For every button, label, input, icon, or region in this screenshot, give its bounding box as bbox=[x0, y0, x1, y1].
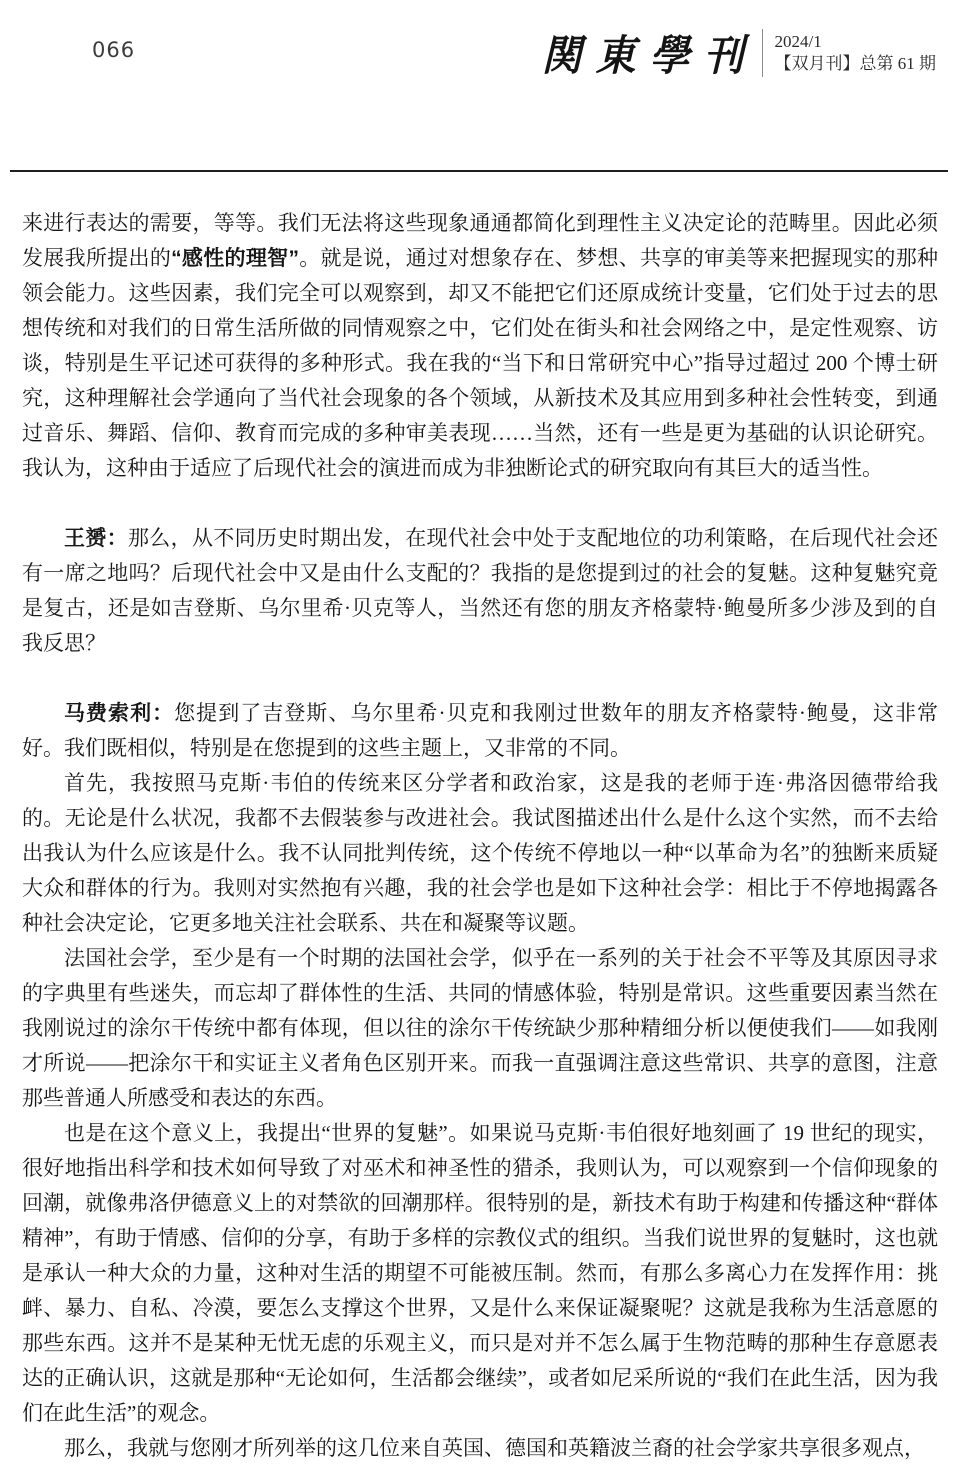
answer-paragraph-4: 也是在这个意义上，我提出“世界的复魅”。如果说马克斯·韦伯很好地刻画了 19 世… bbox=[22, 1116, 938, 1431]
answer-text: 首先，我按照马克斯·韦伯的传统来区分学者和政治家，这是我的老师于连·弗洛因德带给… bbox=[22, 771, 938, 935]
paragraph-text: 。就是说，通过对想象存在、梦想、共享的审美等来把握现实的那种领会能力。这些因素，… bbox=[22, 246, 938, 480]
masthead-divider bbox=[762, 29, 763, 77]
issue-number: 【双月刊】总第 61 期 bbox=[775, 53, 937, 75]
interviewer-question-paragraph: 王赟：那么，从不同历史时期出发，在现代社会中处于支配地位的功利策略，在后现代社会… bbox=[22, 521, 938, 661]
issue-block: 2024/1 【双月刊】总第 61 期 bbox=[775, 31, 937, 75]
answer-paragraph-2: 首先，我按照马克斯·韦伯的传统来区分学者和政治家，这是我的老师于连·弗洛因德带给… bbox=[22, 766, 938, 941]
continuation-paragraph: 来进行表达的需要，等等。我们无法将这些现象通通都简化到理性主义决定论的范畴里。因… bbox=[22, 206, 938, 486]
masthead: 関東學刊 2024/1 【双月刊】总第 61 期 bbox=[542, 24, 937, 81]
issue-date: 2024/1 bbox=[775, 31, 937, 53]
article-body: 来进行表达的需要，等等。我们无法将这些现象通通都简化到理性主义决定论的范畴里。因… bbox=[22, 206, 938, 1466]
speaker-name-interviewee: 马费索利： bbox=[64, 702, 174, 725]
journal-title-calligraphy: 関東學刊 bbox=[542, 23, 758, 83]
answer-text: 也是在这个意义上，我提出“世界的复魅”。如果说马克斯·韦伯很好地刻画了 19 世… bbox=[22, 1121, 938, 1425]
answer-text: 那么，我就与您刚才所列举的这几位来自英国、德国和英籍波兰裔的社会学家共享很多观点… bbox=[64, 1436, 925, 1460]
header-rule bbox=[10, 170, 948, 172]
answer-text: 法国社会学，至少是有一个时期的法国社会学，似乎在一系列的关于社会不平等及其原因寻… bbox=[22, 946, 938, 1110]
question-text: 那么，从不同历史时期出发，在现代社会中处于支配地位的功利策略，在后现代社会还有一… bbox=[22, 526, 938, 655]
speaker-name-interviewer: 王赟： bbox=[64, 527, 128, 550]
answer-paragraph-5: 那么，我就与您刚才所列举的这几位来自英国、德国和英籍波兰裔的社会学家共享很多观点… bbox=[22, 1431, 938, 1466]
journal-page: 066 関東學刊 2024/1 【双月刊】总第 61 期 来进行表达的需要，等等… bbox=[0, 0, 958, 1476]
answer-paragraph-3: 法国社会学，至少是有一个时期的法国社会学，似乎在一系列的关于社会不平等及其原因寻… bbox=[22, 941, 938, 1116]
bold-term-sensitive-reason: “感性的理智” bbox=[171, 247, 299, 270]
interviewee-answer-paragraph: 马费索利：您提到了吉登斯、乌尔里希·贝克和我刚过世数年的朋友齐格蒙特·鲍曼，这非… bbox=[22, 696, 938, 766]
page-number: 066 bbox=[92, 38, 135, 62]
